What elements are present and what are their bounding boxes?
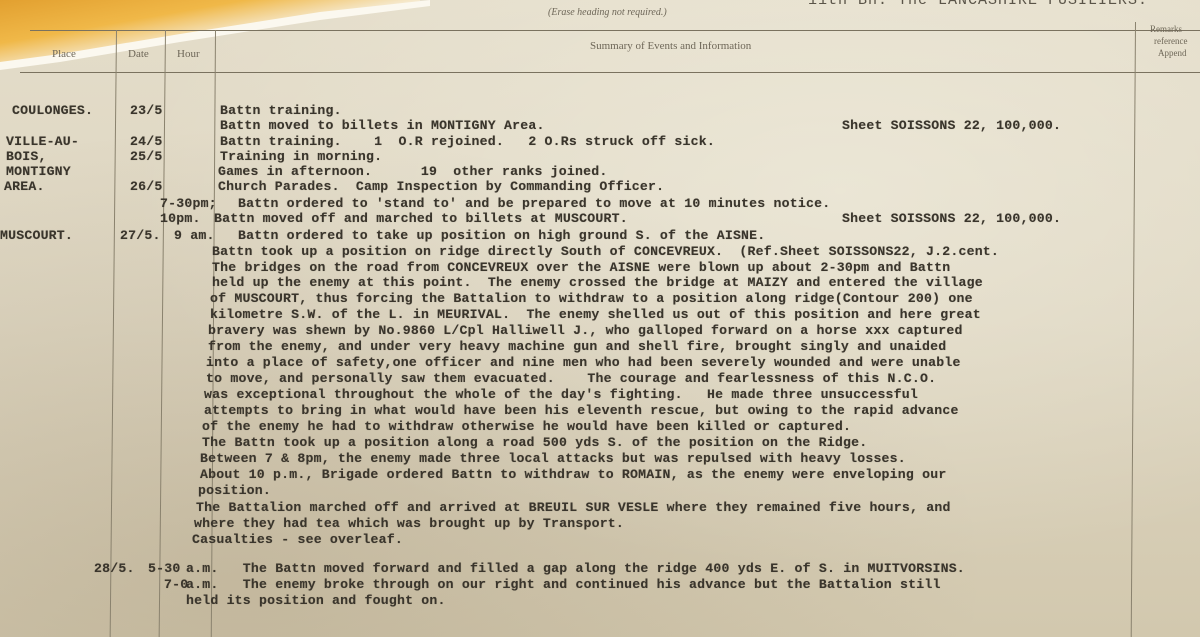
erase-heading-note: (Erase heading not required.) xyxy=(548,7,667,18)
place-bois: BOIS, xyxy=(6,149,47,164)
entry-line: The Battn took up a position along a roa… xyxy=(202,435,867,450)
entry-line: held its position and fought on. xyxy=(186,593,446,608)
entry-line: Battn moved off and marched to billets a… xyxy=(214,211,628,226)
entry-line: where they had tea which was brought up … xyxy=(194,516,624,531)
entry-line: of the enemy he had to withdraw otherwis… xyxy=(202,419,851,434)
column-header-place: Place xyxy=(52,48,76,60)
entry-line: a.m. The enemy broke through on our righ… xyxy=(186,577,941,592)
entry-line: Casualties - see overleaf. xyxy=(192,532,403,547)
header-bottom-rule xyxy=(20,72,1200,73)
entry-line: Games in afternoon. 19 other ranks joine… xyxy=(218,164,607,179)
entry-line: About 10 p.m., Brigade ordered Battn to … xyxy=(200,467,946,482)
entry-line: The bridges on the road from CONCEVREUX … xyxy=(212,260,950,275)
entry-line: position. xyxy=(198,483,271,498)
entry-line: a.m. The Battn moved forward and filled … xyxy=(186,561,965,576)
place-coulonges: COULONGES. xyxy=(12,103,93,118)
entry-line: of MUSCOURT, thus forcing the Battalion … xyxy=(210,291,973,306)
entry-line: Battn took up a position on ridge direct… xyxy=(212,244,999,259)
entry-line: Training in morning. xyxy=(220,149,382,164)
date-26-5: 26/5 xyxy=(130,179,162,194)
column-header-hour: Hour xyxy=(177,48,200,60)
place-area: AREA. xyxy=(4,179,45,194)
date-25-5: 25/5 xyxy=(130,149,162,164)
entry-line: kilometre S.W. of the L. in MEURIVAL. Th… xyxy=(210,307,981,322)
place-montigny: MONTIGNY xyxy=(6,164,71,179)
entry-line: Battn ordered to take up position on hig… xyxy=(238,228,765,243)
entry-line: bravery was shewn by No.9860 L/Cpl Halli… xyxy=(208,323,963,338)
entry-line: Church Parades. Camp Inspection by Comma… xyxy=(218,179,664,194)
hour-7-30pm: 7-30pm; xyxy=(160,196,217,211)
hour-5-30: 5-30 xyxy=(148,561,180,576)
hour-10pm: 10pm. xyxy=(160,211,201,226)
entry-line: Battn moved to billets in MONTIGNY Area. xyxy=(220,118,545,133)
entry-line: from the enemy, and under very heavy mac… xyxy=(208,339,946,354)
hour-7-0: 7-0 xyxy=(164,577,188,592)
entry-line: Battn training. 1 O.R rejoined. 2 O.Rs s… xyxy=(220,134,715,149)
date-23-5: 23/5 xyxy=(130,103,162,118)
place-muscourt: MUSCOURT. xyxy=(0,228,73,243)
hour-9am: 9 am. xyxy=(174,228,215,243)
place-ville-au: VILLE-AU- xyxy=(6,134,79,149)
entry-line: Battn ordered to 'stand to' and be prepa… xyxy=(238,196,830,211)
column-header-remarks-2: reference xyxy=(1154,36,1187,46)
unit-title: 11th Bn. The LANCASHIRE FUSILIERS. xyxy=(808,0,1148,9)
entry-line: held up the enemy at this point. The ene… xyxy=(212,275,983,290)
column-header-remarks-3: Append xyxy=(1158,48,1187,58)
date-28-5: 28/5. xyxy=(94,561,135,576)
column-header-remarks: Remarks xyxy=(1150,24,1182,34)
column-header-date: Date xyxy=(128,48,149,60)
date-24-5: 24/5 xyxy=(130,134,162,149)
map-sheet-ref: Sheet SOISSONS 22, 100,000. xyxy=(842,118,1061,133)
entry-line: into a place of safety,one officer and n… xyxy=(206,355,961,370)
map-sheet-ref: Sheet SOISSONS 22, 100,000. xyxy=(842,211,1061,226)
date-27-5: 27/5. xyxy=(120,228,161,243)
entry-line: Between 7 & 8pm, the enemy made three lo… xyxy=(200,451,906,466)
header-top-rule xyxy=(30,30,1200,31)
entry-line: The Battalion marched off and arrived at… xyxy=(196,500,951,515)
entry-line: attempts to bring in what would have bee… xyxy=(204,403,959,418)
entry-line: Battn training. xyxy=(220,103,342,118)
entry-line: was exceptional throughout the whole of … xyxy=(204,387,918,402)
entry-line: to move, and personally saw them evacuat… xyxy=(206,371,936,386)
column-header-summary: Summary of Events and Information xyxy=(590,40,751,52)
